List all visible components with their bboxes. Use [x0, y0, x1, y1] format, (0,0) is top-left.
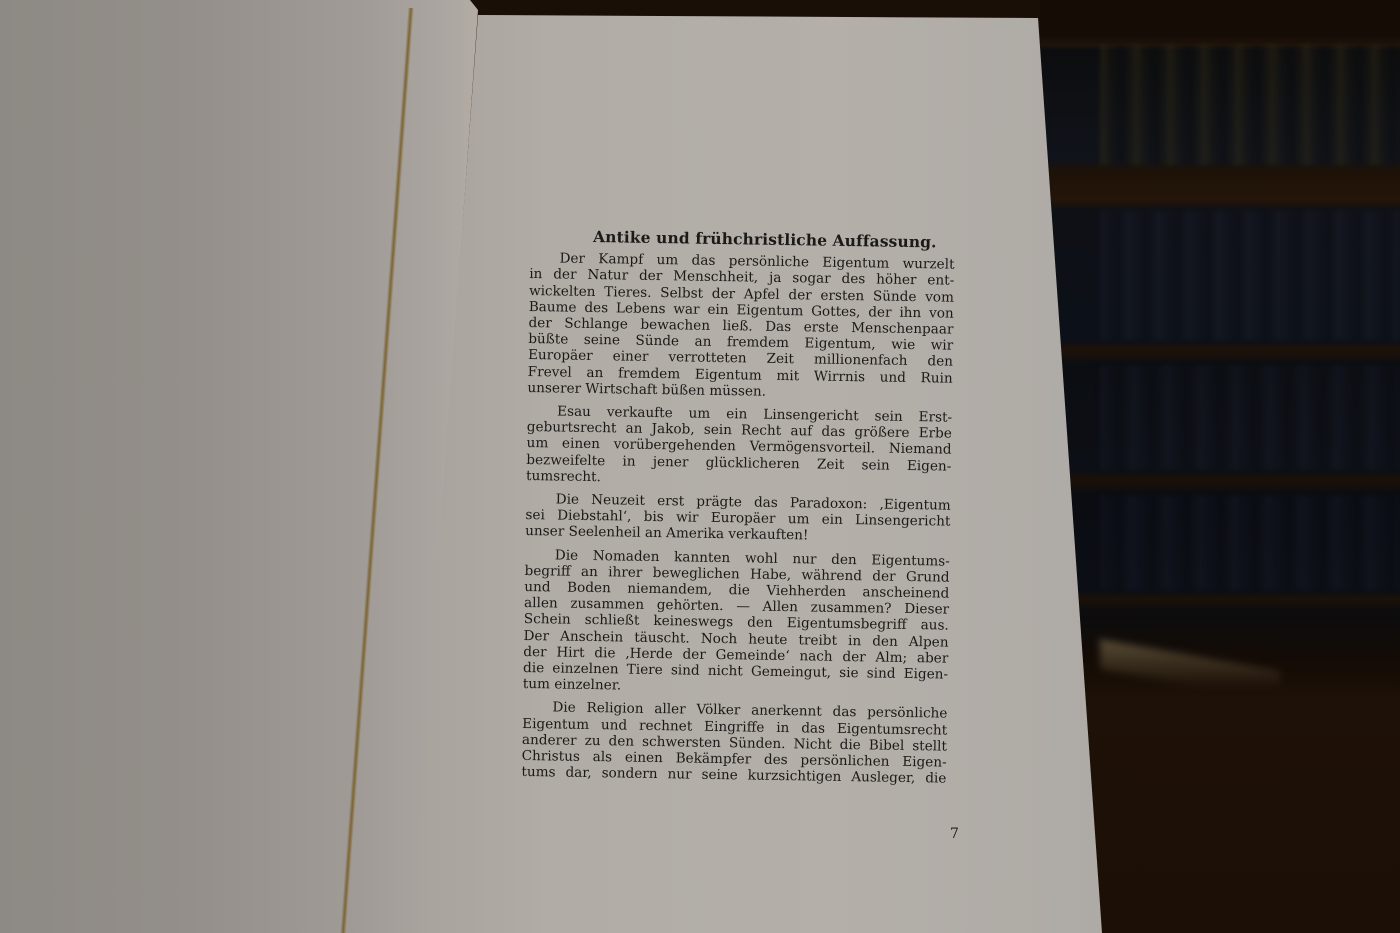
page-number: 7	[950, 826, 959, 842]
book-spines-row-3	[1100, 365, 1400, 470]
left-page-blank	[0, 0, 478, 933]
paragraph-5: Die Religion aller Völker anerkennt das …	[521, 699, 947, 787]
book-spines-row-4	[1100, 495, 1400, 590]
paragraph-3: Die Neuzeit erst prägte das Paradoxon: ‚…	[525, 491, 951, 546]
paragraph-2: Esau verkaufte um ein Linsengericht sein…	[526, 403, 952, 491]
section-heading: Antike und frühchristliche Auffassung.	[530, 228, 955, 251]
page-text-block: Antike und frühchristliche Auffassung. D…	[521, 228, 955, 794]
paragraph-1: Der Kampf um das persönliche Eigentum wu…	[527, 250, 954, 402]
paragraph-4: Die Nomaden kannten wohl nur den Eigentu…	[523, 547, 950, 699]
book-spines-row-2	[1100, 210, 1400, 340]
book-spines-row-1	[1100, 45, 1400, 165]
